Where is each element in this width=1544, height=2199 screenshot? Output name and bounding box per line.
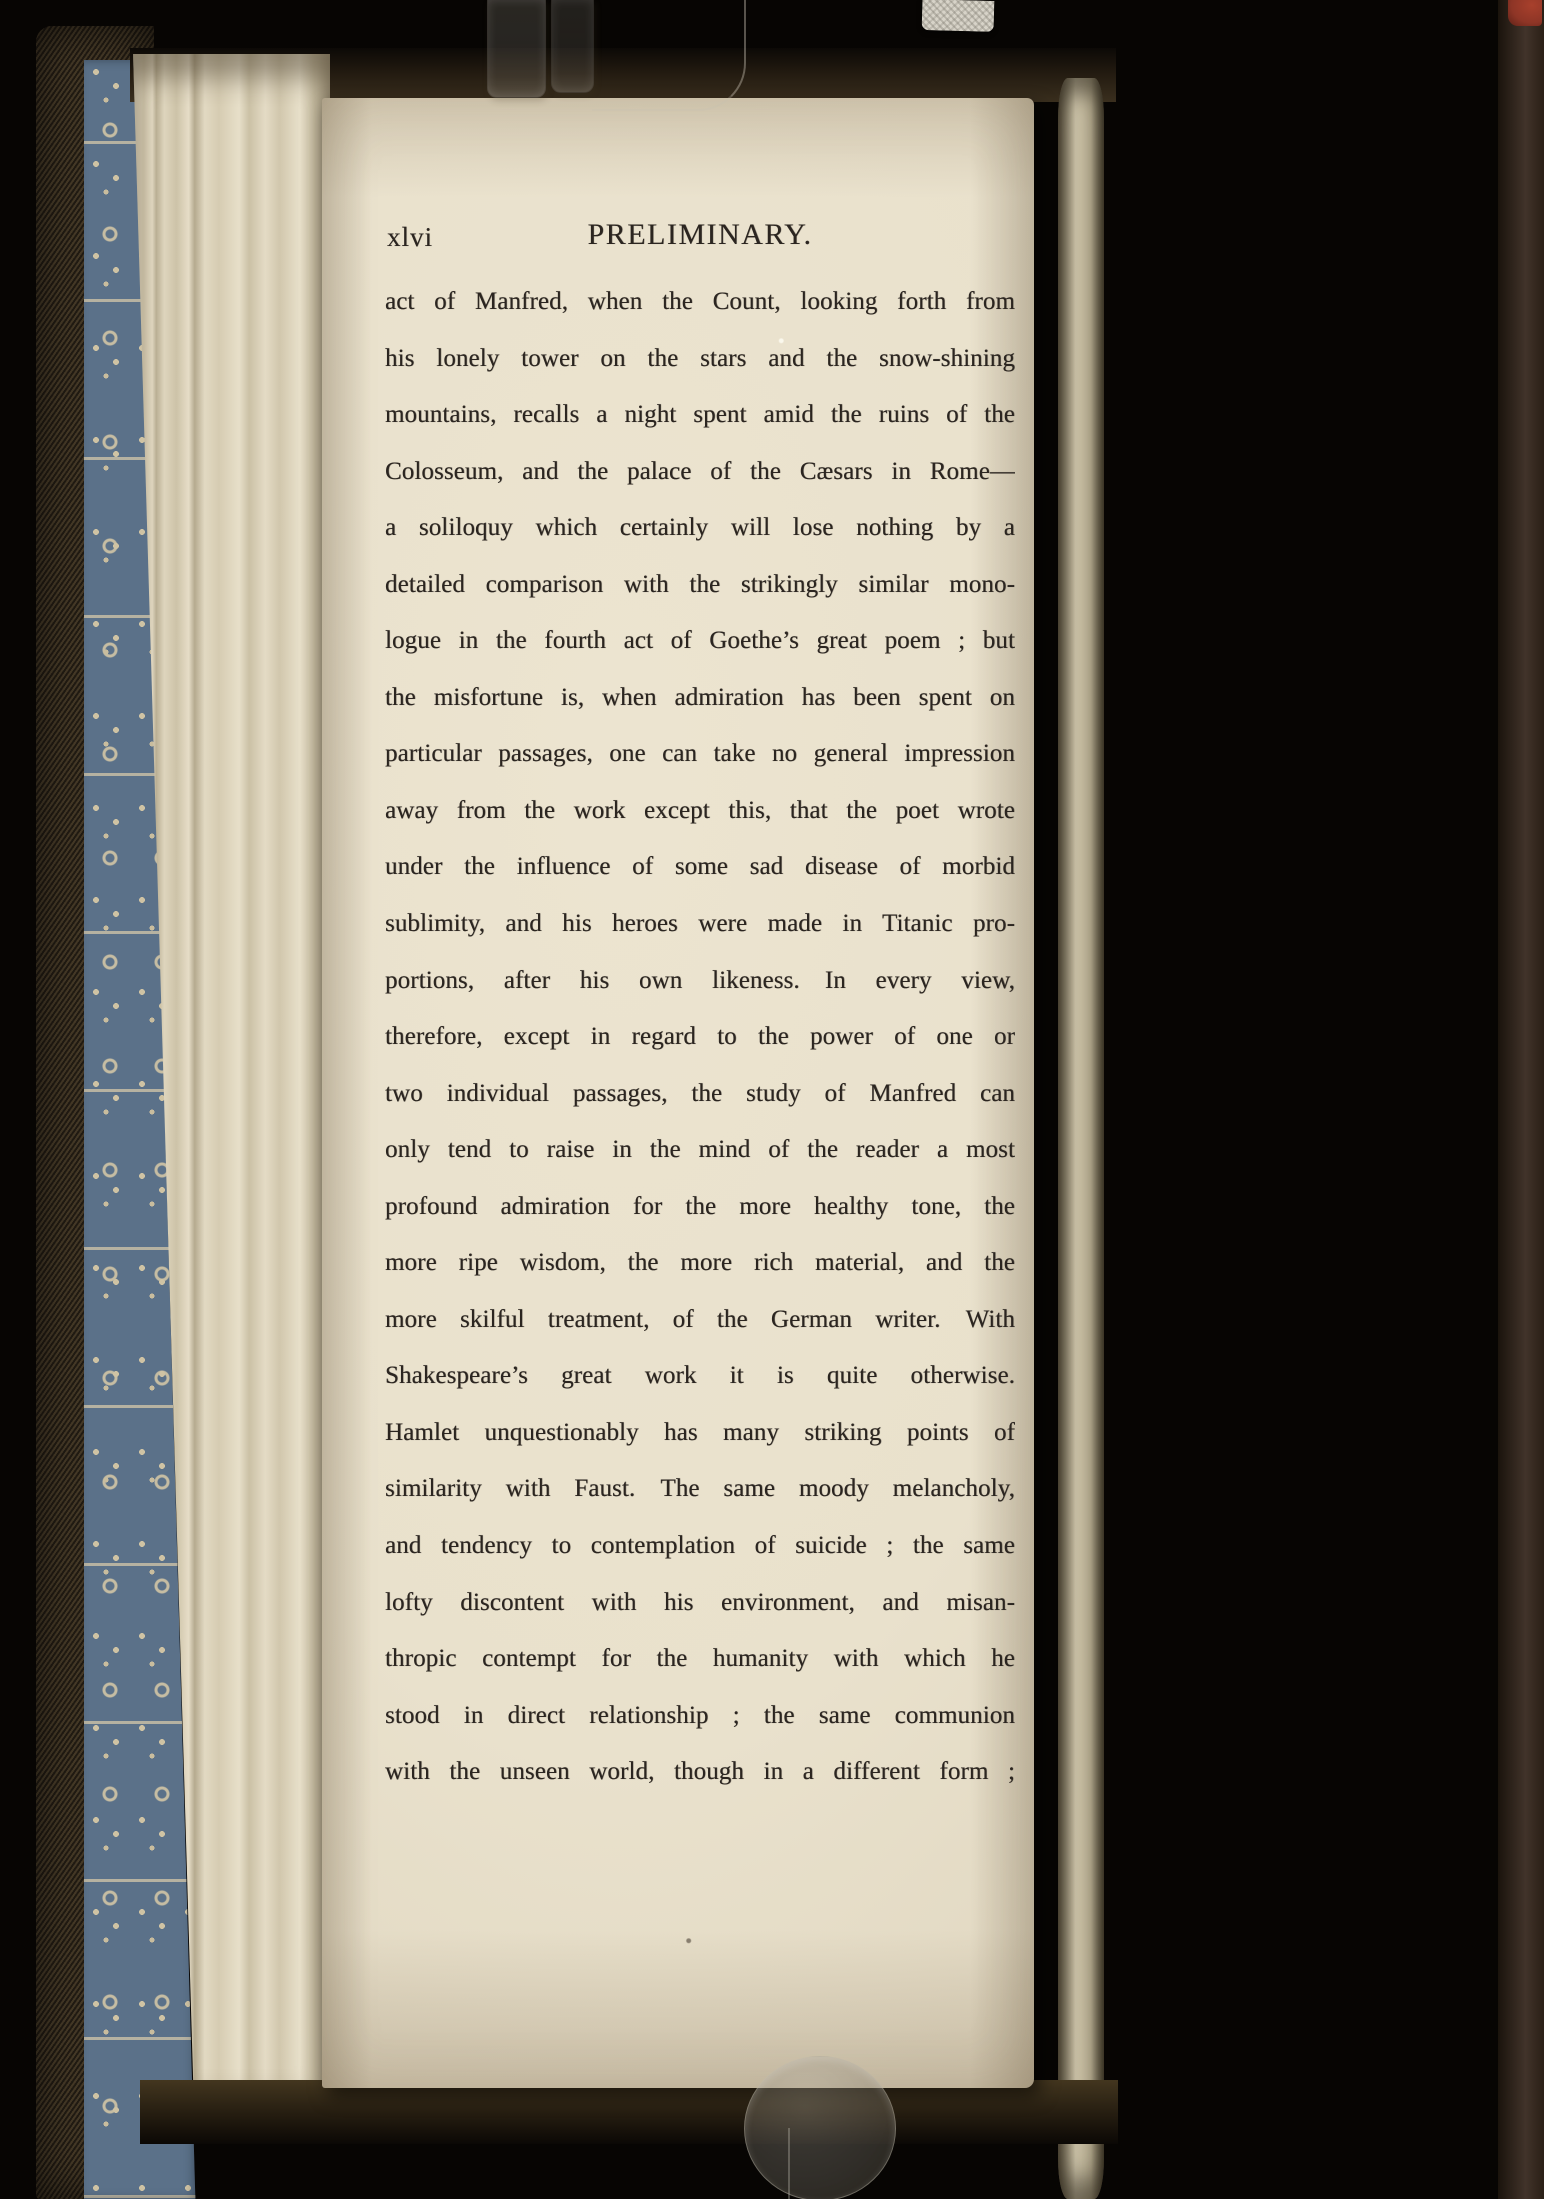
- text-line: under the influence of some sad disease …: [385, 839, 1015, 896]
- text-line: the misfortune is, when admiration has b…: [385, 670, 1015, 727]
- text-line: thropic contempt for the humanity with w…: [385, 1631, 1015, 1688]
- body-text: act of Manfred, when the Count, looking …: [385, 274, 1015, 1801]
- text-line: similarity with Faust. The same moody me…: [385, 1461, 1015, 1518]
- text-line: portions, after his own likeness. In eve…: [385, 953, 1015, 1010]
- text-line: more skilful treatment, of the German wr…: [385, 1292, 1015, 1349]
- page-header: xlvi PRELIMINARY.: [385, 216, 1015, 262]
- book-bottom-edge: [140, 2080, 1118, 2144]
- text-line: a soliloquy which certainly will lose no…: [385, 500, 1015, 557]
- text-line: two individual passages, the study of Ma…: [385, 1066, 1015, 1123]
- text-line: Colosseum, and the palace of the Cæsars …: [385, 444, 1015, 501]
- text-line: more ripe wisdom, the more rich material…: [385, 1235, 1015, 1292]
- page-holder-clip-top-left: [487, 0, 546, 98]
- text-line: away from the work except this, that the…: [385, 783, 1015, 840]
- clip-thread: [788, 2128, 790, 2199]
- text-line: act of Manfred, when the Count, looking …: [385, 274, 1015, 331]
- text-line: stood in direct relationship ; the same …: [385, 1688, 1015, 1745]
- text-line: Hamlet unquestionably has many striking …: [385, 1405, 1015, 1462]
- text-line: logue in the fourth act of Goethe’s grea…: [385, 613, 1015, 670]
- text-line: with the unseen world, though in a diffe…: [385, 1744, 1015, 1801]
- text-line: his lonely tower on the stars and the sn…: [385, 331, 1015, 388]
- cover-corner-red-detail: [1508, 0, 1542, 26]
- text-line: and tendency to contemplation of suicide…: [385, 1518, 1015, 1575]
- page-holder-clip-top-right: [551, 0, 594, 93]
- text-line: particular passages, one can take no gen…: [385, 726, 1015, 783]
- book-cover-right-edge: [1498, 0, 1544, 2199]
- facing-page-edge: [1058, 78, 1104, 2199]
- fabric-fragment: [922, 0, 995, 32]
- text-line: detailed comparison with the strikingly …: [385, 557, 1015, 614]
- text-line: sublimity, and his heroes were made in T…: [385, 896, 1015, 953]
- book-scan-photo: xlvi PRELIMINARY. act of Manfred, when t…: [0, 0, 1544, 2199]
- page-holder-clip-bottom: [744, 2056, 896, 2199]
- book-page: xlvi PRELIMINARY. act of Manfred, when t…: [322, 98, 1034, 2088]
- film-edge-reflection: [592, 0, 746, 111]
- text-line: Shakespeare’s great work it is quite oth…: [385, 1348, 1015, 1405]
- text-line: lofty discontent with his environment, a…: [385, 1575, 1015, 1632]
- text-line: therefore, except in regard to the power…: [385, 1009, 1015, 1066]
- text-line: mountains, recalls a night spent amid th…: [385, 387, 1015, 444]
- text-line: only tend to raise in the mind of the re…: [385, 1122, 1015, 1179]
- running-title: PRELIMINARY.: [385, 218, 1015, 252]
- text-line: profound admiration for the more healthy…: [385, 1179, 1015, 1236]
